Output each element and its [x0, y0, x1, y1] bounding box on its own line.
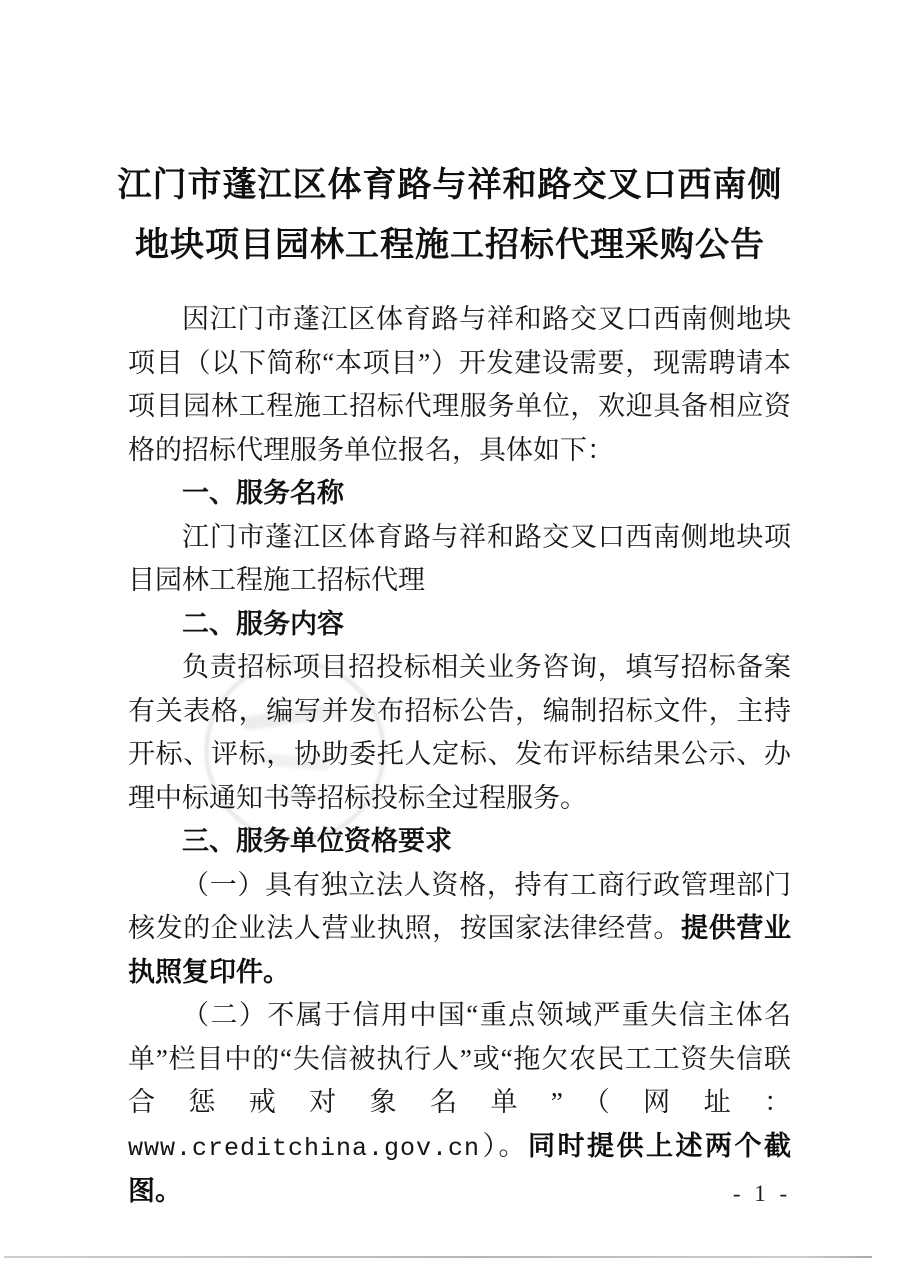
scan-edge-line: [4, 1256, 872, 1258]
document-title: 江门市蓬江区体育路与祥和路交叉口西南侧 地块项目园林工程施工招标代理采购公告: [0, 0, 900, 276]
document-page: 江门市蓬江区体育路与祥和路交叉口西南侧 地块项目园林工程施工招标代理采购公告 因…: [0, 0, 900, 1272]
section-heading-3: 三、服务单位资格要求: [128, 820, 791, 864]
section-3-item-2: （二）不属于信用中国“重点领域严重失信主体名单”栏目中的“失信被执行人”或“拖欠…: [128, 994, 791, 1214]
section-3-item-1: （一）具有独立法人资格，持有工商行政管理部门核发的企业法人营业执照，按国家法律经…: [128, 864, 791, 995]
page-number: - 1 -: [722, 1181, 802, 1207]
document-title-line-2: 地块项目园林工程施工招标代理采购公告: [0, 216, 900, 276]
section-heading-2: 二、服务内容: [128, 603, 791, 647]
creditchina-url-text: www.creditchina.gov.cn: [128, 1134, 480, 1163]
section-2-body: 负责招标项目招投标相关业务咨询，填写招标备案有关表格，编写并发布招标公告，编制招…: [128, 646, 791, 820]
section-1-body: 江门市蓬江区体育路与祥和路交叉口西南侧地块项目园林工程施工招标代理: [128, 516, 791, 603]
section-3-item-2-text-a: （二）不属于信用中国“重点领域严重失信主体名单”栏目中的“失信被执行人”或“拖欠…: [128, 1000, 791, 1117]
intro-paragraph: 因江门市蓬江区体育路与祥和路交叉口西南侧地块项目（以下简称“本项目”）开发建设需…: [128, 298, 791, 472]
section-3-item-2-text-b: ）。: [480, 1131, 528, 1161]
section-heading-1: 一、服务名称: [128, 472, 791, 516]
document-body: 因江门市蓬江区体育路与祥和路交叉口西南侧地块项目（以下简称“本项目”）开发建设需…: [128, 298, 791, 1214]
document-title-line-1: 江门市蓬江区体育路与祥和路交叉口西南侧: [0, 156, 900, 216]
